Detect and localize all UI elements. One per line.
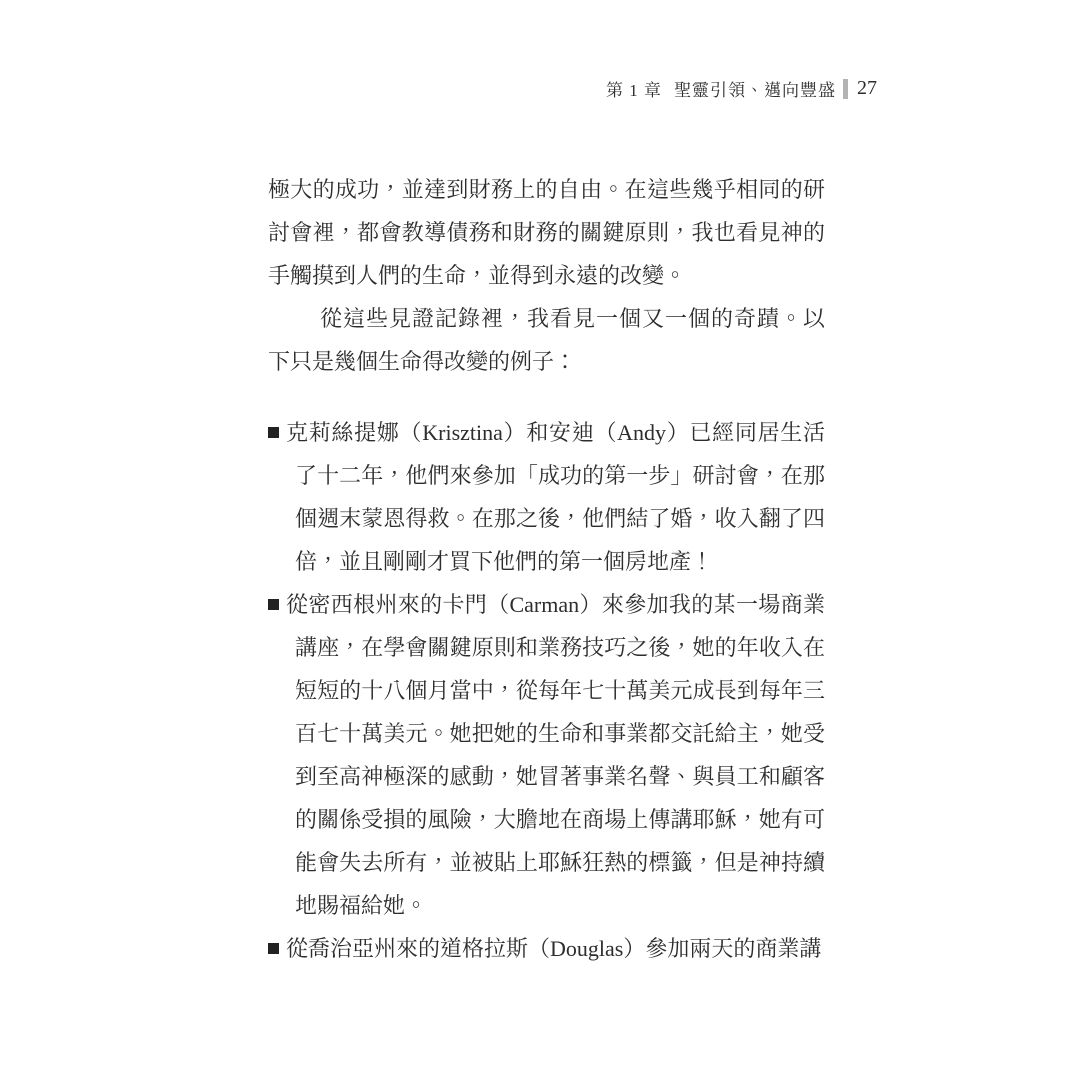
paragraph-intro: 從這些見證記錄裡，我看見一個又一個的奇蹟。以下只是幾個生命得改變的例子： bbox=[268, 297, 825, 383]
list-item-text: 從密西根州來的卡門（Carman）來參加我的某一場商業講座，在學會關鍵原則和業務… bbox=[286, 592, 825, 918]
book-page: 第 1 章 聖靈引領、邁向豐盛 27 極大的成功，並達到財務上的自由。在這些幾乎… bbox=[0, 0, 1080, 1080]
list-item: 克莉絲提娜（Krisztina）和安迪（Andy）已經同居生活了十二年，他們來參… bbox=[268, 411, 825, 583]
page-header: 第 1 章 聖靈引領、邁向豐盛 27 bbox=[606, 76, 877, 101]
paragraph-continued: 極大的成功，並達到財務上的自由。在這些幾乎相同的研討會裡，都會教導債務和財務的關… bbox=[268, 168, 825, 297]
testimony-list: 克莉絲提娜（Krisztina）和安迪（Andy）已經同居生活了十二年，他們來參… bbox=[268, 411, 825, 970]
chapter-title: 聖靈引領、邁向豐盛 bbox=[674, 76, 836, 101]
list-item: 從密西根州來的卡門（Carman）來參加我的某一場商業講座，在學會關鍵原則和業務… bbox=[268, 583, 825, 927]
bullet-square-icon bbox=[268, 599, 279, 610]
chapter-label: 第 1 章 bbox=[606, 76, 662, 101]
bullet-square-icon bbox=[268, 427, 279, 438]
list-item-text: 克莉絲提娜（Krisztina）和安迪（Andy）已經同居生活了十二年，他們來參… bbox=[286, 420, 825, 574]
list-item-text: 從喬治亞州來的道格拉斯（Douglas）參加兩天的商業講 bbox=[286, 936, 821, 961]
page-body: 極大的成功，並達到財務上的自由。在這些幾乎相同的研討會裡，都會教導債務和財務的關… bbox=[268, 168, 825, 970]
page-number-separator-bar bbox=[843, 79, 848, 99]
page-number: 27 bbox=[857, 77, 877, 100]
list-item: 從喬治亞州來的道格拉斯（Douglas）參加兩天的商業講 bbox=[268, 927, 825, 970]
bullet-square-icon bbox=[268, 943, 279, 954]
